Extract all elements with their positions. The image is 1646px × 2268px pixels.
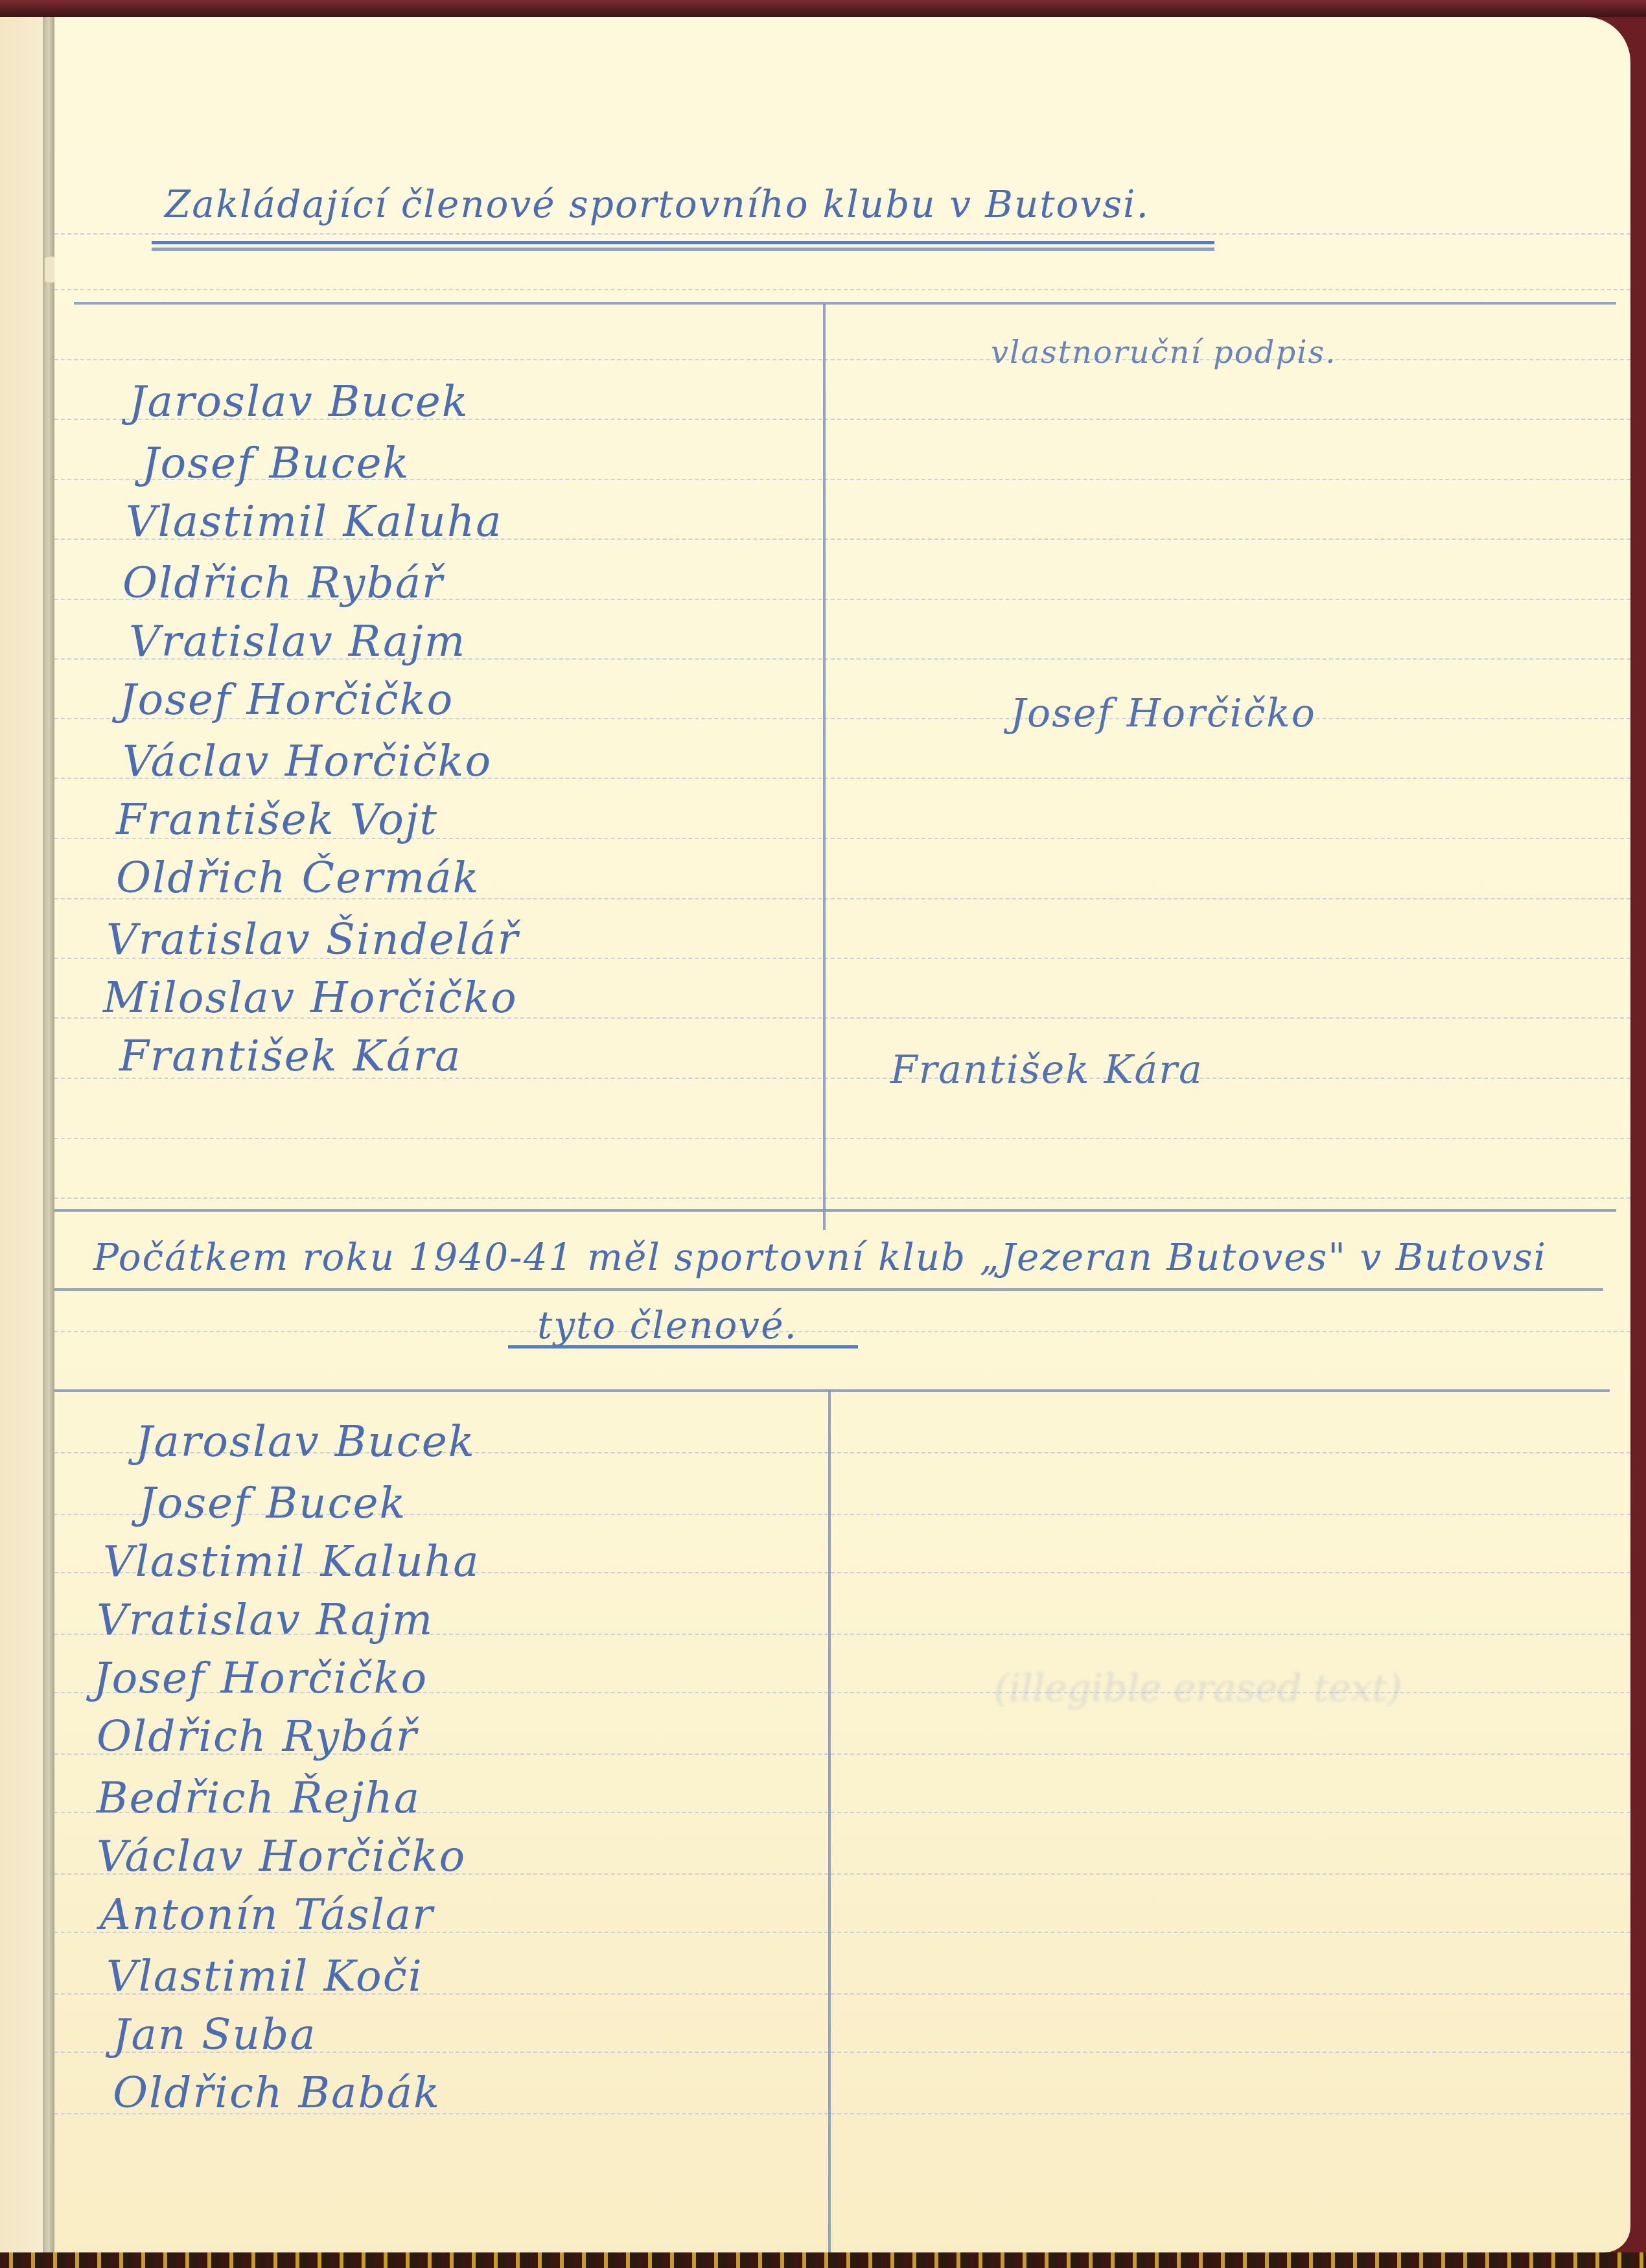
member-name: Vlastimil Koči xyxy=(106,1951,423,2001)
member-name: Josef Horčičko xyxy=(119,675,454,724)
member-name: Oldřich Babák xyxy=(113,2068,441,2118)
notebook-cover-top xyxy=(0,0,1646,17)
table-top-rule xyxy=(74,302,1616,305)
table-top-rule xyxy=(54,1389,1610,1392)
heading-underline xyxy=(152,241,1214,244)
column-divider xyxy=(823,303,826,1230)
heading-underline xyxy=(152,248,1214,251)
member-name: Jan Suba xyxy=(113,2009,317,2059)
member-name: Bedřich Řejha xyxy=(97,1773,421,1823)
member-name: Vlastimil Kaluha xyxy=(103,1536,480,1586)
member-name: Oldřich Rybář xyxy=(97,1711,418,1761)
erased-signature-smudge: (illegible erased text) xyxy=(994,1666,1402,1710)
left-page-edge xyxy=(0,17,43,2252)
member-name: Václav Horčičko xyxy=(97,1831,466,1881)
member-name: Vlastimil Kaluha xyxy=(126,496,503,546)
member-name: Oldřich Čermák xyxy=(116,853,480,903)
notebook-page: Zakládající členové sportovního klubu v … xyxy=(54,17,1630,2252)
section2-heading-line1: Počátkem roku 1940-41 měl sportovní klub… xyxy=(93,1235,1547,1279)
member-name: Josef Bucek xyxy=(142,438,410,488)
member-name: František Vojt xyxy=(116,794,438,844)
signature: Josef Horčičko xyxy=(1010,691,1316,736)
column-divider xyxy=(828,1391,831,2252)
notebook-cover-bottom xyxy=(0,2252,1646,2268)
member-name: Miloslav Horčičko xyxy=(103,973,518,1023)
heading-rule xyxy=(54,1288,1603,1291)
member-name: Vratislav Rajm xyxy=(129,616,466,666)
member-name: Vratislav Rajm xyxy=(97,1595,434,1645)
member-name: František Kára xyxy=(119,1031,461,1081)
book-gutter xyxy=(43,17,54,2252)
member-name: Oldřich Rybář xyxy=(122,558,444,608)
member-name: Antonín Táslar xyxy=(100,1890,434,1939)
signature: František Kára xyxy=(890,1047,1203,1093)
member-name: Václav Horčičko xyxy=(122,736,492,786)
member-name: Jaroslav Bucek xyxy=(129,376,469,426)
section1-heading: Zakládající členové sportovního klubu v … xyxy=(165,182,1150,226)
member-name: Vratislav Šindelář xyxy=(106,914,519,964)
table-bottom-rule xyxy=(54,1209,1616,1212)
signature-column-label: vlastnoruční podpis. xyxy=(991,334,1336,371)
section2-heading-line2: tyto členové. xyxy=(537,1303,798,1347)
member-name: Jaroslav Bucek xyxy=(135,1417,476,1466)
member-name: Josef Horčičko xyxy=(93,1653,428,1703)
heading-underline xyxy=(508,1345,858,1348)
member-name: Josef Bucek xyxy=(139,1478,407,1528)
